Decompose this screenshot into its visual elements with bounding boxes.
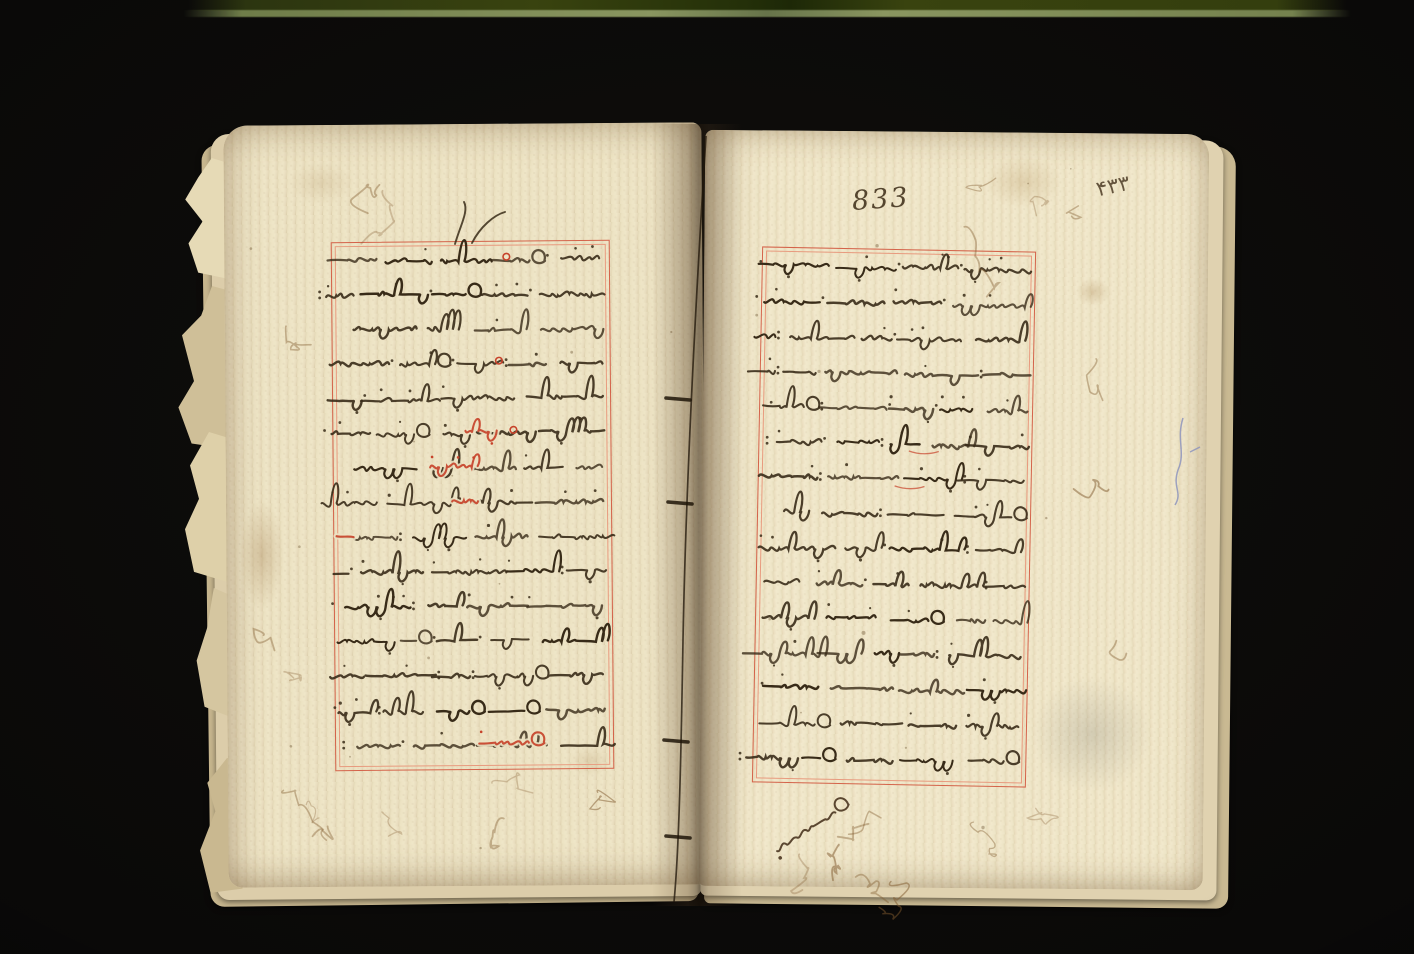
ink-dot (975, 506, 978, 509)
handwriting-word (822, 512, 877, 518)
ink-dot (962, 396, 965, 399)
text-line (764, 568, 1025, 590)
text-line (337, 622, 610, 655)
ink-dot (343, 665, 345, 667)
text-line (336, 518, 615, 552)
ink-dot (447, 548, 450, 551)
text-line (759, 459, 1024, 494)
ink-dot (594, 489, 597, 492)
handwriting-word (920, 571, 985, 588)
handwriting-word (764, 578, 799, 584)
handwriting-word (845, 531, 884, 557)
ink-dot (993, 701, 996, 704)
punctuation-dot (759, 260, 762, 263)
ink-dot (591, 245, 594, 248)
ink-dot (941, 395, 944, 398)
punctuation-dot (777, 337, 780, 340)
ink-dot (771, 536, 774, 539)
text-line (754, 316, 1027, 351)
punctuation-dot (864, 578, 867, 581)
ink-dot (515, 283, 518, 286)
handwriting-word (836, 266, 896, 278)
handwriting-word (414, 744, 474, 749)
handwriting-word (576, 465, 602, 470)
handwriting-word (983, 373, 1031, 378)
ink-dot (456, 409, 459, 412)
handwriting-word (759, 531, 836, 558)
handwriting-word (831, 686, 893, 691)
handwriting-word (337, 639, 394, 651)
handwriting-word (328, 400, 362, 410)
punctuation-dot (430, 290, 433, 293)
ink-dot (941, 254, 943, 256)
ink-dot (464, 445, 467, 448)
punctuation-dot (363, 394, 366, 397)
rubric-dot (480, 731, 483, 734)
ink-dot (883, 327, 885, 329)
ink-dot (952, 666, 954, 668)
ink-dot (775, 288, 778, 291)
punctuation-dot (378, 712, 381, 715)
ink-dot (361, 560, 364, 563)
handwriting-word (976, 538, 1023, 553)
handwriting-word (489, 700, 540, 713)
ink-dot (889, 395, 892, 398)
punctuation-dot (980, 370, 983, 373)
handwriting-word (400, 350, 451, 367)
handwriting-word (897, 337, 961, 350)
punctuation-dot (331, 602, 334, 605)
text-line (318, 277, 604, 304)
handwriting-word (904, 462, 964, 489)
punctuation-dot (777, 366, 780, 369)
ink-dot (963, 294, 966, 297)
ink-dot (338, 421, 341, 424)
handwriting-word (331, 431, 370, 435)
punctuation-dot (755, 295, 758, 298)
ink-dot (986, 504, 988, 506)
punctuation-dot (318, 291, 321, 294)
punctuation-dot (821, 296, 824, 299)
ink-dot (924, 365, 926, 367)
handwriting-word (954, 500, 1027, 527)
punctuation-dot (819, 478, 822, 481)
handwriting-word (889, 407, 934, 419)
handwriting-word (899, 652, 934, 657)
handwriting-word (888, 513, 944, 517)
ink-dot (946, 772, 949, 775)
ink-dot (355, 698, 358, 701)
handwriting-word (561, 256, 599, 261)
handwriting-word (784, 491, 810, 520)
handwriting-word (828, 475, 898, 481)
ink-dot (911, 328, 914, 331)
right-text-frame (752, 246, 1036, 787)
ink-dot (793, 640, 796, 643)
handwriting-word (354, 326, 417, 338)
handwriting-word (541, 326, 604, 339)
text-line (762, 596, 1029, 635)
ink-dot (589, 580, 592, 583)
handwriting-word (509, 363, 546, 367)
text-line (784, 491, 1027, 527)
handwriting-word (330, 361, 389, 366)
handwriting-word (743, 635, 828, 664)
handwriting-word (826, 614, 875, 620)
ink-dot (869, 607, 871, 609)
ink-dot (827, 603, 830, 606)
ink-dot (498, 687, 501, 690)
handwriting-word (427, 310, 460, 332)
ink-dot (894, 288, 897, 291)
text-line (327, 239, 599, 265)
punctuation-dot (777, 372, 780, 375)
punctuation-dot (342, 747, 345, 750)
handwriting-word (976, 320, 1028, 342)
left-text-block (310, 233, 636, 789)
ink-dot (405, 664, 407, 666)
ink-dot (346, 491, 349, 494)
punctuation-dot (505, 364, 508, 367)
left-text-frame (331, 240, 615, 771)
handwriting-word (377, 424, 430, 444)
ink-dot (327, 285, 329, 287)
handwriting-word (524, 449, 563, 469)
handwriting-word (357, 745, 400, 749)
text-line (755, 286, 1033, 317)
handwriting-word (432, 570, 506, 575)
ink-dot (392, 595, 395, 598)
handwriting-word (890, 530, 967, 553)
ink-dot (983, 678, 986, 681)
handwriting-word (467, 603, 528, 616)
ink-dot (377, 595, 380, 598)
ink-dot (525, 454, 527, 456)
right-text-block (731, 239, 1058, 805)
ink-dot (922, 326, 925, 329)
handwriting-word (988, 395, 1028, 414)
text-line (763, 386, 1028, 425)
punctuation-dot (402, 740, 405, 743)
handwriting-word (759, 474, 817, 480)
ink-dot (989, 294, 992, 297)
handwriting-word (764, 299, 820, 305)
punctuation-dot (437, 677, 440, 680)
handwriting-word (475, 519, 527, 546)
handwriting-word (762, 600, 816, 627)
punctuation-dot (893, 333, 896, 336)
rubric-underline (909, 451, 939, 454)
handwriting-word (875, 651, 900, 663)
ink-dot (479, 558, 481, 560)
handwriting-word (475, 309, 529, 333)
ink-dot (442, 385, 445, 388)
text-line (743, 632, 1021, 671)
ink-dot (508, 560, 510, 562)
punctuation-dot (966, 551, 969, 554)
ink-dot (396, 479, 399, 482)
handwriting-word (754, 334, 775, 338)
ink-dot (596, 616, 599, 619)
ink-dot (789, 628, 792, 631)
handwriting-word (437, 623, 478, 642)
ink-dot (817, 559, 820, 562)
ink-dot (908, 610, 910, 612)
ink-dot (1006, 399, 1008, 401)
text-line (766, 422, 1030, 456)
ink-dot (927, 421, 929, 423)
ink-dot (988, 258, 990, 260)
ink-dot (984, 737, 987, 740)
punctuation-dot (820, 402, 823, 405)
handwriting-word (507, 550, 561, 572)
ink-dot (949, 490, 952, 493)
text-line (321, 481, 603, 514)
punctuation-dot (472, 676, 475, 679)
handwriting-word (491, 639, 529, 649)
handwriting-word (539, 417, 605, 441)
ink-dot (787, 275, 790, 278)
handwriting-word (385, 258, 431, 264)
handwriting-word (543, 624, 610, 642)
ink-dot (818, 570, 820, 572)
handwriting-word (890, 425, 920, 454)
ink-dot (388, 652, 391, 655)
punctuation-dot (898, 263, 901, 266)
punctuation-dot (433, 636, 436, 639)
punctuation-dot (342, 741, 345, 744)
ink-dot (773, 664, 775, 666)
ink-dot (892, 664, 895, 667)
ink-dot (468, 593, 471, 596)
handwriting-word (475, 666, 549, 686)
punctuation-dot (761, 682, 764, 685)
handwriting-word (540, 291, 605, 297)
handwriting-word (561, 727, 615, 746)
text-line (759, 705, 1019, 740)
text-line (758, 528, 1023, 566)
folio-number: 833 (851, 182, 911, 217)
punctuation-dot (529, 289, 532, 292)
punctuation-dot (546, 254, 549, 257)
text-line (327, 376, 603, 415)
text-line (748, 357, 1031, 386)
text-line (758, 250, 1031, 285)
handwriting-word (492, 250, 545, 263)
ink-dot (564, 490, 567, 493)
ink-dot (859, 558, 862, 561)
punctuation-dot (318, 297, 321, 300)
handwriting-word (967, 689, 1026, 701)
punctuation-dot (960, 264, 963, 267)
ink-dot (858, 279, 861, 282)
handwriting-word (482, 293, 527, 296)
ink-dot (355, 411, 358, 414)
ink-dot (781, 673, 783, 675)
handwriting-word (365, 673, 435, 677)
ink-dot (1000, 257, 1003, 260)
handwriting-word (441, 240, 492, 263)
text-line (333, 690, 604, 727)
text-line (354, 448, 602, 483)
punctuation-dot (399, 532, 402, 535)
ink-dot (379, 617, 382, 620)
handwriting-word (432, 284, 481, 297)
rubric-dot (431, 456, 434, 459)
punctuation-dot (412, 602, 415, 605)
text-line (333, 550, 606, 586)
rubric-dot (491, 442, 494, 445)
ink-dot (535, 353, 538, 356)
rubric-ring (503, 253, 510, 260)
punctuation-dot (333, 706, 336, 709)
punctuation-dot (935, 404, 938, 407)
ink-dot (910, 712, 912, 714)
handwriting-word (526, 376, 602, 400)
punctuation-dot (437, 671, 440, 674)
ink-dot (433, 561, 435, 563)
handwriting-word (903, 254, 959, 270)
ink-dot (978, 468, 981, 471)
handwriting-word (763, 684, 818, 689)
punctuation-dot (879, 514, 882, 517)
handwriting-word (536, 499, 604, 504)
binding-gutter (652, 124, 742, 906)
handwriting-word (387, 483, 459, 513)
punctuation-dot (936, 650, 939, 653)
handwriting-word (759, 705, 830, 727)
ink-dot (395, 283, 397, 285)
text-line (342, 727, 615, 749)
punctuation-dot (879, 508, 882, 511)
handwriting-word (560, 361, 602, 372)
ink-dot (440, 732, 443, 735)
handwriting-word (949, 636, 1021, 665)
handwriting-word (825, 369, 897, 382)
handwriting-word (567, 569, 606, 579)
handwriting-word (527, 604, 602, 616)
handwriting-word (905, 373, 978, 386)
ink-dot (424, 248, 426, 250)
ink-dot (967, 714, 970, 717)
ink-dot (402, 595, 405, 598)
handwriting-word (984, 585, 1025, 589)
ink-dot (769, 357, 772, 360)
ink-dot (845, 463, 848, 466)
handwriting-word (354, 466, 416, 478)
handwriting-word (413, 523, 466, 547)
punctuation-dot (823, 437, 826, 440)
handwriting-word (758, 262, 828, 274)
ink-dot (560, 442, 563, 445)
handwriting-word (964, 267, 1031, 280)
handwriting-word (968, 750, 1019, 764)
handwriting-word (777, 438, 822, 445)
handwriting-word (338, 700, 378, 722)
punctuation-dot (412, 608, 415, 611)
handwriting-word (539, 534, 614, 540)
ink-dot (444, 424, 447, 427)
ink-dot (574, 247, 577, 250)
text-line (330, 349, 603, 375)
punctuation-dot (391, 359, 394, 362)
ink-dot (950, 643, 952, 645)
ink-dot (401, 583, 403, 585)
punctuation-dot (505, 358, 508, 361)
photograph-background: 833 ۴۳۳ (0, 0, 1414, 954)
punctuation-dot (819, 472, 822, 475)
handwriting-word (790, 320, 855, 340)
ink-dot (348, 723, 351, 726)
ink-dot (811, 465, 814, 468)
punctuation-dot (770, 401, 773, 404)
handwriting-word (321, 483, 377, 507)
handwriting-word (330, 674, 364, 678)
handwriting-word (957, 619, 985, 623)
ink-dot (380, 388, 383, 391)
handwriting-word (428, 592, 464, 607)
text-line (760, 673, 1026, 704)
handwriting-word (817, 570, 863, 587)
rubric-word (337, 536, 354, 537)
ink-dot (409, 390, 412, 393)
punctuation-dot (561, 572, 564, 575)
handwriting-word (360, 278, 428, 303)
punctuation-dot (472, 670, 475, 673)
ink-dot (778, 430, 781, 433)
punctuation-dot (881, 438, 884, 441)
ink-dot (920, 467, 923, 470)
ink-dot (339, 702, 342, 705)
handwriting-word (957, 479, 1024, 490)
ink-dot (528, 596, 530, 598)
punctuation-dot (479, 636, 482, 639)
handwriting-word (748, 370, 775, 374)
handwriting-word (891, 610, 944, 624)
punctuation-dot (888, 403, 891, 406)
handwriting-word (361, 384, 440, 403)
handwriting-word (940, 408, 972, 413)
film-edge-highlight (183, 10, 1351, 17)
ink-dot (510, 489, 513, 492)
text-line (330, 662, 603, 691)
punctuation-dot (766, 442, 769, 445)
punctuation-dot (739, 752, 742, 755)
rubric-underline (895, 486, 925, 489)
ink-dot (487, 524, 490, 527)
punctuation-dot (777, 331, 780, 334)
ink-dot (453, 317, 455, 319)
handwriting-word (550, 673, 603, 684)
handwriting-word (802, 748, 836, 762)
handwriting-word (966, 713, 1018, 737)
punctuation-dot (881, 444, 884, 447)
ink-dot (1021, 434, 1024, 437)
punctuation-dot (350, 567, 353, 570)
handwriting-word (837, 439, 879, 444)
ink-dot (579, 417, 582, 420)
text-line (353, 308, 603, 340)
ink-dot (331, 491, 333, 493)
handwriting-word (763, 386, 820, 410)
handwriting-word (326, 294, 353, 298)
handwriting-word (441, 395, 514, 408)
punctuation-dot (936, 656, 939, 659)
ink-dot (399, 421, 401, 423)
punctuation-dot (738, 758, 741, 761)
handwriting-word (993, 600, 1029, 624)
ink-dot (511, 596, 514, 599)
